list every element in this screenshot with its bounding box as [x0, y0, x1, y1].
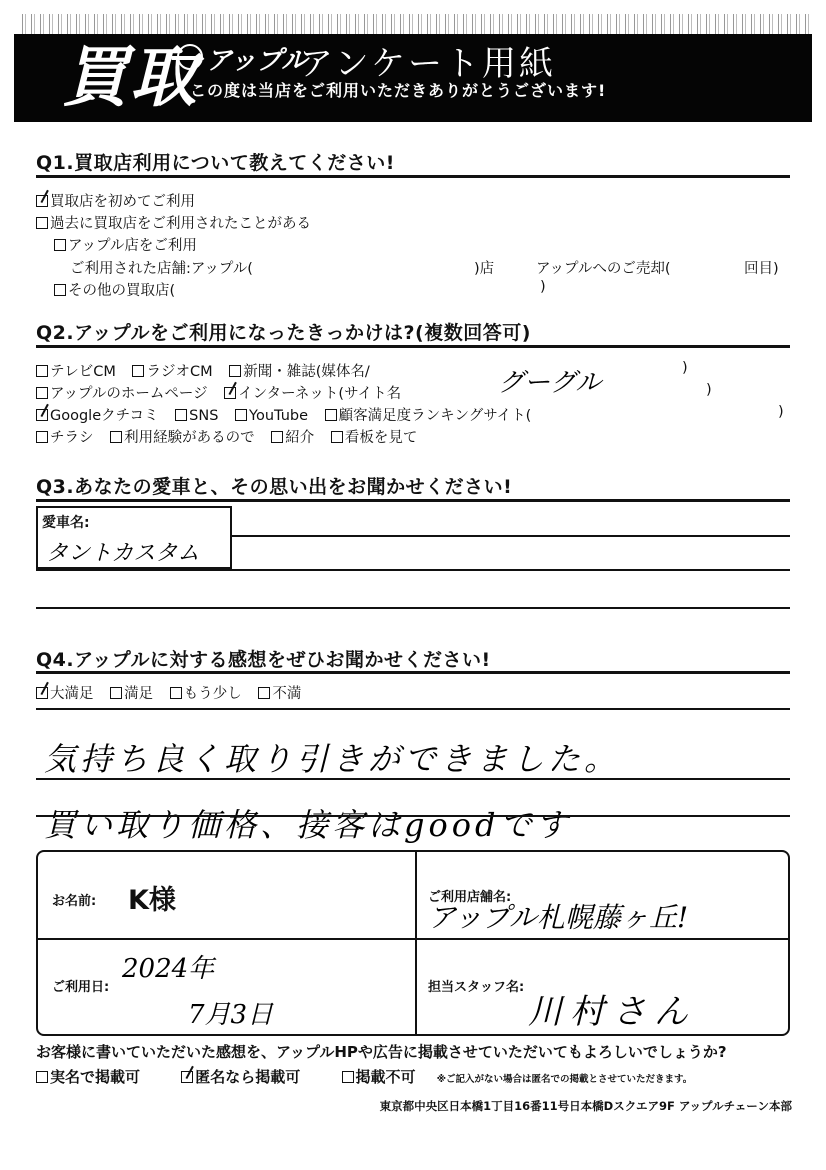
consent-note: ※ご記入がない場合は匿名での掲載とさせていただきます。	[437, 1074, 692, 1085]
divider	[36, 175, 790, 178]
q1-option-apple-store[interactable]: アップル店をご利用	[54, 234, 197, 255]
consent-question: お客様に書いていただいた感想を、アップルHPや広告に掲載させていただいてもよろし…	[36, 1041, 727, 1062]
logo-kaitori: 買取	[62, 34, 198, 122]
q4-options: 大満足 満足 もう少し 不満	[36, 682, 313, 703]
consent-option-no[interactable]: 掲載不可	[342, 1068, 416, 1086]
q2-option-newspaper[interactable]: 新聞・雑誌(媒体名/	[229, 364, 370, 380]
handwritten-car-name[interactable]: タントカスタム	[46, 536, 199, 567]
q1-sale-count-label: アップルへのご売却(	[536, 257, 671, 278]
write-line	[36, 708, 790, 710]
q2-option-signboard[interactable]: 看板を見て	[331, 430, 418, 446]
q2-option-referral[interactable]: 紹介	[271, 430, 314, 446]
handwritten-comment-line-1[interactable]: 気持ち良く取り引きができました。	[44, 734, 620, 780]
q2-title: Q2.アップルをご利用になったきっかけは?(複数回答可)	[36, 318, 531, 345]
q1-option-first-time[interactable]: 買取店を初めてご利用	[36, 190, 195, 211]
divider	[36, 345, 790, 348]
date-month-day[interactable]: 7月3日	[188, 994, 273, 1031]
q4-option-so-so[interactable]: もう少し	[170, 686, 242, 702]
q2-row-1: テレビCM ラジオCM 新聞・雑誌(媒体名/	[36, 360, 382, 381]
q2-option-radio[interactable]: ラジオCM	[132, 364, 212, 380]
checkbox-checked	[181, 1071, 193, 1083]
q2-option-internet[interactable]: インターネット(サイト名	[224, 386, 401, 402]
q4-option-very-satisfied[interactable]: 大満足	[36, 686, 94, 702]
close-paren: )	[706, 382, 712, 398]
car-name-label: 愛車名:	[42, 512, 90, 532]
write-line	[36, 569, 790, 571]
consent-option-real-name[interactable]: 実名で掲載可	[36, 1068, 140, 1086]
checkbox-checked	[224, 387, 236, 399]
footer-address: 東京都中央区日本橋1丁目16番11号日本橋Dスクエア9F アップルチェーン本部	[380, 1098, 792, 1114]
q4-option-satisfied[interactable]: 満足	[110, 686, 153, 702]
close-paren: )	[682, 360, 688, 376]
checkbox-checked	[36, 687, 48, 699]
q2-option-flyer[interactable]: チラシ	[36, 430, 94, 446]
q2-row-2: アップルのホームページ インターネット(サイト名	[36, 382, 413, 403]
write-line	[36, 607, 790, 609]
q1-option-used-before[interactable]: 過去に買取店をご利用されたことがある	[36, 212, 311, 233]
customer-info-box: お名前: K様 ご利用店舗名: アップル札幌藤ヶ丘! ご利用日: 2024年 7…	[36, 850, 790, 1036]
date-year[interactable]: 2024年	[122, 948, 214, 985]
header-banner: 買取 アップル アンケート用紙 この度は当店をご利用いただきありがとうございます…	[14, 34, 812, 122]
divider	[415, 852, 417, 1034]
store-value[interactable]: アップル札幌藤ヶ丘!	[428, 896, 688, 936]
write-line	[36, 815, 790, 817]
divider	[38, 938, 788, 940]
staff-label: 担当スタッフ名:	[428, 976, 524, 995]
q1-other-close: )	[540, 279, 546, 295]
q2-option-prior-use[interactable]: 利用経験があるので	[110, 430, 255, 446]
divider	[36, 671, 790, 674]
q2-option-google-reviews[interactable]: Googleクチコミ	[36, 408, 159, 424]
q2-row-3: Googleクチコミ SNS YouTube 顧客満足度ランキングサイト(	[36, 404, 543, 425]
car-name-box: 愛車名: タントカスタム	[36, 506, 232, 569]
consent-options: 実名で掲載可 匿名なら掲載可 掲載不可 ※ご記入がない場合は匿名での掲載とさせて…	[36, 1066, 692, 1087]
consent-option-anonymous[interactable]: 匿名なら掲載可	[181, 1068, 300, 1086]
q1-sale-count-suffix: 回目)	[744, 257, 779, 278]
form-subtitle: この度は当店をご利用いただきありがとうございます!	[190, 78, 606, 101]
q2-option-sns[interactable]: SNS	[175, 408, 218, 424]
q2-option-tv[interactable]: テレビCM	[36, 364, 116, 380]
checkbox-checked	[36, 409, 48, 421]
brand-name: アップル	[206, 40, 307, 77]
scan-noise	[20, 14, 810, 36]
q1-store-suffix: )店	[474, 257, 494, 278]
name-label: お名前:	[52, 890, 96, 909]
q1-store-field-label: ご利用された店舗:アップル(	[70, 257, 253, 278]
date-label: ご利用日:	[52, 976, 109, 995]
q2-option-ranking-site[interactable]: 顧客満足度ランキングサイト(	[325, 408, 532, 424]
q2-row-4: チラシ 利用経験があるので 紹介 看板を見て	[36, 426, 429, 447]
q1-option-other[interactable]: その他の買取店(	[54, 279, 175, 300]
q2-option-youtube[interactable]: YouTube	[235, 408, 308, 424]
handwritten-comment-line-2[interactable]: 買い取り価格、接客はgoodです	[44, 800, 572, 846]
apple-logo-icon	[177, 44, 203, 70]
handwritten-site-name: グーグル	[498, 362, 601, 399]
q1-title: Q1.買取店利用について教えてください!	[36, 148, 395, 175]
write-line	[36, 778, 790, 780]
checkbox[interactable]	[54, 239, 66, 251]
divider	[36, 499, 790, 502]
q4-option-dissatisfied[interactable]: 不満	[258, 686, 301, 702]
staff-value[interactable]: 川村さん	[528, 984, 696, 1033]
write-line	[232, 535, 790, 537]
close-paren: )	[778, 404, 784, 420]
checkbox[interactable]	[54, 284, 66, 296]
name-value[interactable]: K様	[128, 878, 176, 917]
q4-title: Q4.アップルに対する感想をぜひお聞かせください!	[36, 645, 491, 672]
q3-title: Q3.あなたの愛車と、その思い出をお聞かせください!	[36, 472, 512, 499]
checkbox-checked[interactable]	[36, 195, 48, 207]
checkbox[interactable]	[36, 217, 48, 229]
q2-option-homepage[interactable]: アップルのホームページ	[36, 386, 208, 402]
